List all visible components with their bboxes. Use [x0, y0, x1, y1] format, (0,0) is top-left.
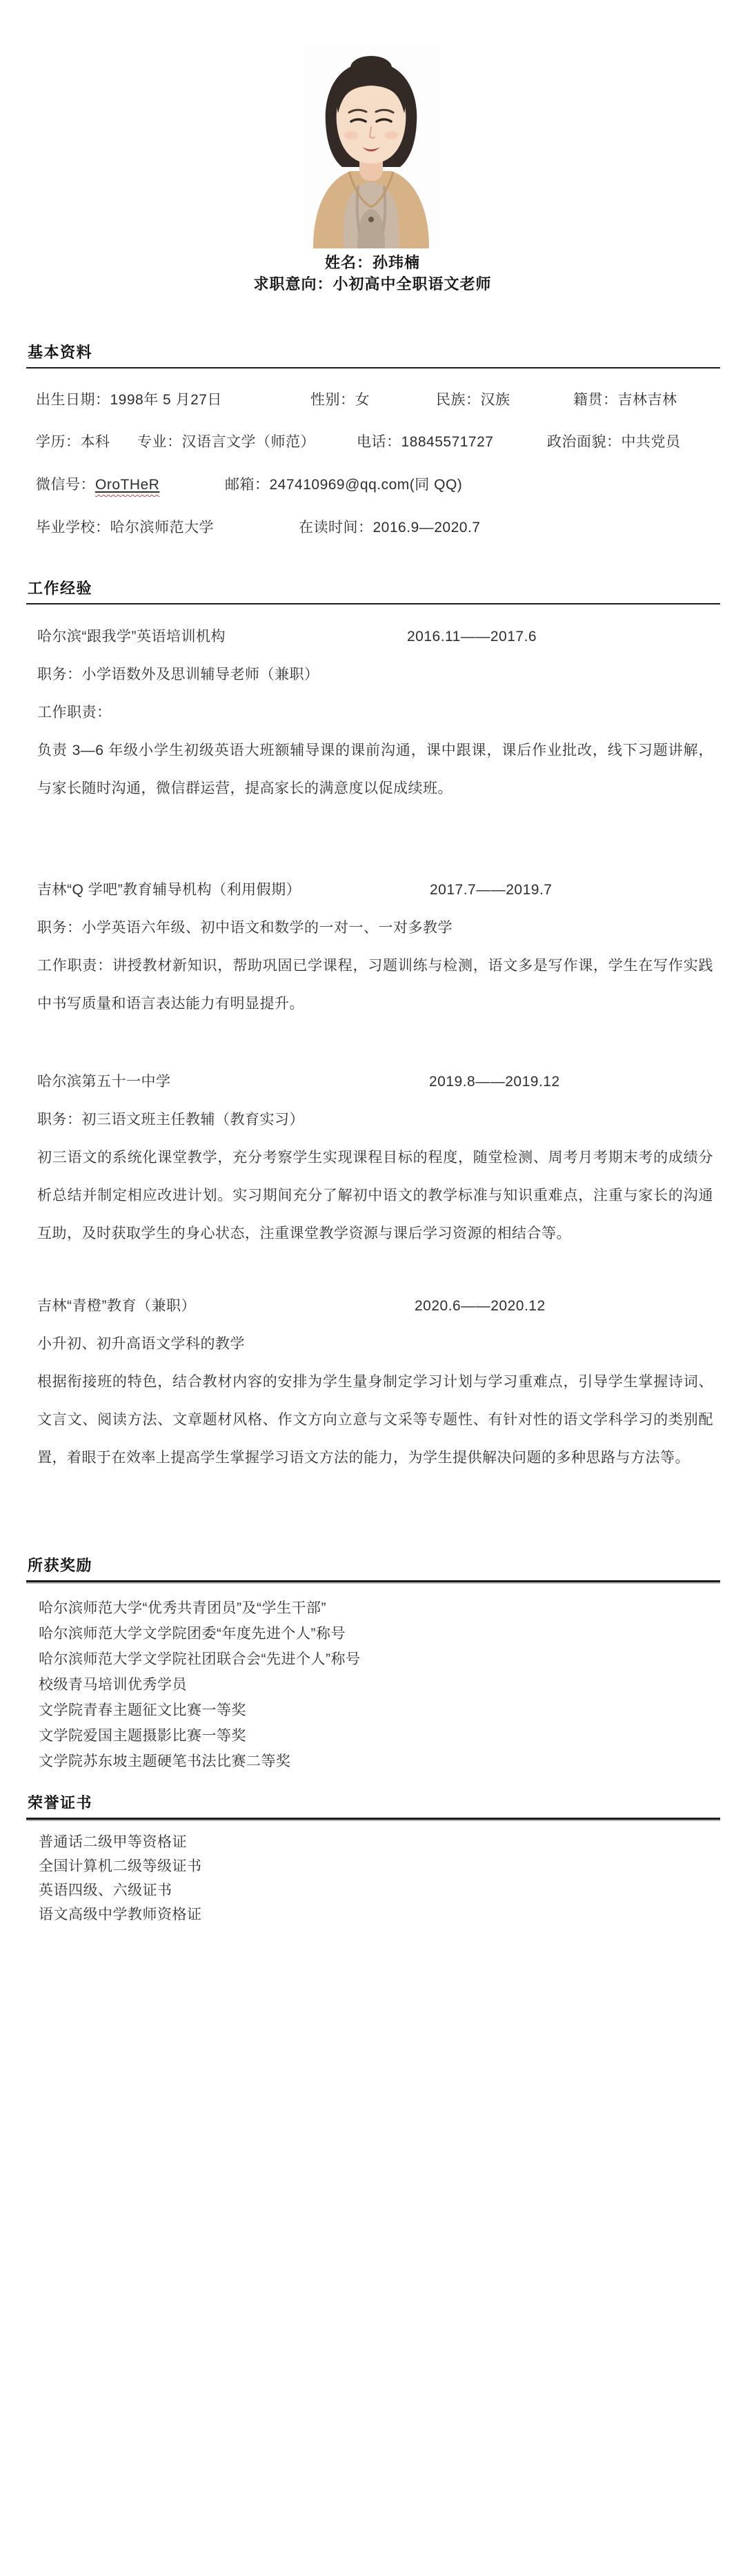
- section-title-basic-info: 基本资料: [26, 341, 720, 368]
- certificates-list: 普通话二级甲等资格证 全国计算机二级等级证书 英语四级、六级证书 语文高级中学教…: [39, 1830, 715, 1927]
- award-item: 校级青马培训优秀学员: [39, 1672, 715, 1698]
- work-role: 职务：小学语数外及思训辅导老师（兼职）: [37, 656, 713, 694]
- work-item-header: 哈尔滨第五十一中学 2019.8——2019.12: [37, 1063, 713, 1101]
- certificate-item: 语文高级中学教师资格证: [39, 1902, 715, 1927]
- company-name: 哈尔滨“跟我学”英语培训机构: [37, 629, 226, 645]
- work-description: 初三语文的系统化课堂教学，充分考察学生实现课程目标的程度，随堂检测、周考月考期末…: [37, 1139, 713, 1252]
- work-period: 2019.8——2019.12: [429, 1063, 560, 1101]
- certificate-item: 英语四级、六级证书: [39, 1878, 715, 1902]
- section-title-certificates: 荣誉证书: [26, 1791, 720, 1820]
- award-item: 文学院爱国主题摄影比赛一等奖: [39, 1723, 715, 1749]
- work-period: 2020.6——2020.12: [415, 1287, 546, 1325]
- work-role: 职务：小学英语六年级、初中语文和数学的一对一、一对多教学: [37, 909, 713, 947]
- work-description: 根据衔接班的特色，结合教材内容的安排为学生量身制定学习计划与学习重难点，引导学生…: [37, 1363, 713, 1477]
- name-line: 姓名：孙玮楠: [0, 252, 745, 273]
- work-description: 工作职责：讲授教材新知识，帮助巩固已学课程，习题训练与检测，语文多是写作课，学生…: [37, 947, 713, 1023]
- award-item: 哈尔滨师范大学文学院社团联合会“先进个人”称号: [39, 1646, 715, 1672]
- portrait-illustration: [304, 44, 439, 248]
- company-name: 吉林“Q 学吧”教育辅导机构（利用假期）: [37, 882, 301, 898]
- award-item: 哈尔滨师范大学文学院团委“年度先进个人”称号: [39, 1621, 715, 1646]
- work-item-header: 吉林“Q 学吧”教育辅导机构（利用假期） 2017.7——2019.7: [37, 871, 713, 909]
- resume-page: 姓名：孙玮楠 求职意向：小初高中全职语文老师 基本资料 出生日期：1998年 5…: [0, 0, 745, 2576]
- work-item: 吉林“Q 学吧”教育辅导机构（利用假期） 2017.7——2019.7 职务：小…: [37, 871, 713, 1023]
- award-item: 文学院青春主题征文比赛一等奖: [39, 1698, 715, 1723]
- work-period: 2017.7——2019.7: [430, 871, 552, 909]
- intention-label: 求职意向：: [253, 275, 332, 293]
- company-name: 吉林“青橙”教育（兼职）: [37, 1298, 196, 1314]
- awards-list: 哈尔滨师范大学“优秀共青团员”及“学生干部” 哈尔滨师范大学文学院团委“年度先进…: [39, 1595, 715, 1774]
- work-duty-label: 工作职责：: [37, 694, 713, 731]
- work-role: 职务：初三语文班主任教辅（教育实习）: [37, 1101, 713, 1139]
- field-email: 邮箱：247410969@qq.com(同 QQ): [225, 473, 462, 494]
- work-period: 2016.11——2017.6: [407, 618, 537, 656]
- section-title-work-experience: 工作经验: [26, 577, 720, 604]
- work-item-header: 吉林“青橙”教育（兼职） 2020.6——2020.12: [37, 1287, 713, 1325]
- name-label: 姓名：: [325, 254, 372, 271]
- field-wechat: 微信号：OroTHeR: [36, 473, 159, 494]
- certificate-item: 全国计算机二级等级证书: [39, 1854, 715, 1878]
- section-title-awards: 所获奖励: [26, 1554, 720, 1582]
- wechat-id[interactable]: OroTHeR: [95, 477, 159, 493]
- work-item-header: 哈尔滨“跟我学”英语培训机构 2016.11——2017.6: [37, 618, 713, 656]
- name-value: 孙玮楠: [372, 254, 420, 271]
- intention-line: 求职意向：小初高中全职语文老师: [0, 273, 745, 295]
- field-ethnicity: 民族：汉族: [436, 389, 510, 409]
- field-hometown: 籍贯：吉林吉林: [573, 389, 677, 409]
- work-role: 小升初、初升高语文学科的教学: [37, 1325, 713, 1363]
- field-degree: 学历：本科: [36, 431, 110, 451]
- field-phone: 电话：18845571727: [357, 431, 493, 451]
- award-item: 文学院苏东坡主题硬笔书法比赛二等奖: [39, 1749, 715, 1774]
- certificate-item: 普通话二级甲等资格证: [39, 1830, 715, 1854]
- field-study-period: 在读时间：2016.9—2020.7: [299, 516, 480, 537]
- id-photo: [304, 44, 439, 248]
- company-name: 哈尔滨第五十一中学: [37, 1074, 171, 1090]
- work-item: 哈尔滨第五十一中学 2019.8——2019.12 职务：初三语文班主任教辅（教…: [37, 1063, 713, 1252]
- field-gender: 性别：女: [310, 389, 370, 409]
- work-item: 哈尔滨“跟我学”英语培训机构 2016.11——2017.6 职务：小学语数外及…: [37, 618, 713, 807]
- work-description: 负责 3—6 年级小学生初级英语大班额辅导课的课前沟通，课中跟课，课后作业批改，…: [37, 731, 713, 807]
- field-birthdate: 出生日期：1998年 5 月27日: [36, 389, 222, 409]
- field-major: 专业：汉语言文学（师范）: [137, 431, 315, 451]
- field-political-status: 政治面貌：中共党员: [547, 431, 681, 451]
- intention-value: 小初高中全职语文老师: [333, 275, 492, 293]
- intro-block: 姓名：孙玮楠 求职意向：小初高中全职语文老师: [0, 252, 745, 295]
- field-school: 毕业学校：哈尔滨师范大学: [36, 516, 214, 537]
- work-item: 吉林“青橙”教育（兼职） 2020.6——2020.12 小升初、初升高语文学科…: [37, 1287, 713, 1477]
- award-item: 哈尔滨师范大学“优秀共青团员”及“学生干部”: [39, 1595, 715, 1621]
